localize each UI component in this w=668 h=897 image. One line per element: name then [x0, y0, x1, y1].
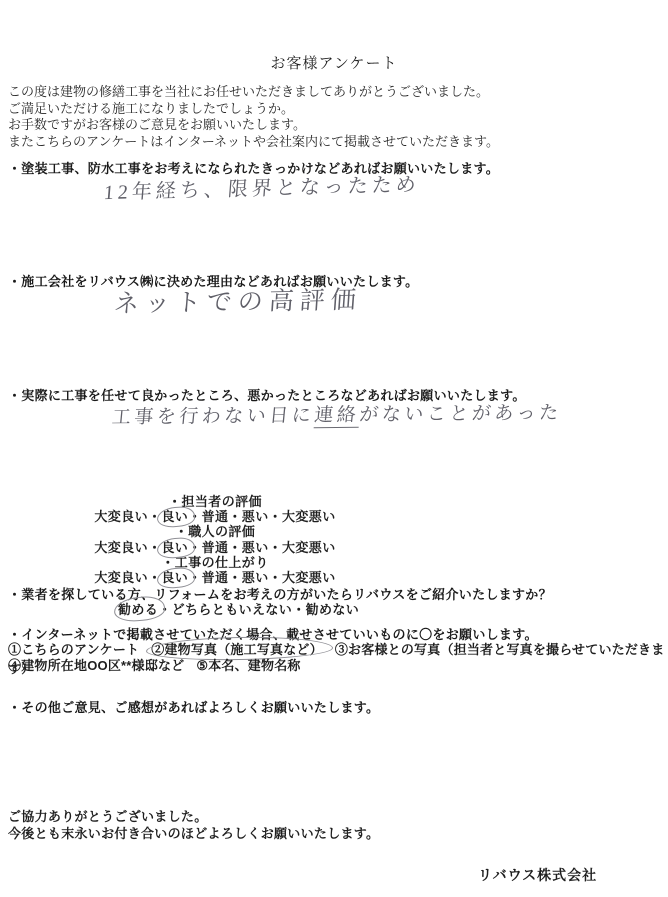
- closing-line-1: ご協力ありがとうございました。: [8, 809, 379, 826]
- answer-goodbad-part2: がないことがあった: [358, 403, 562, 426]
- publish-items-line2: ④建物所在地OO区**様邸など⑤本名、建物名称: [8, 655, 301, 674]
- rating-circled-label: 良い: [161, 570, 188, 585]
- rating-options-text: 大変良い・: [94, 570, 161, 585]
- rating-title-manager: ・担当者の評価: [0, 494, 430, 509]
- survey-document: お客様アンケート この度は建物の修繕工事を当社にお任せいただきましてありがとうご…: [0, 0, 668, 897]
- rating-options-craftsman: 大変良い・良い・普通・悪い・大変悪い: [0, 540, 430, 555]
- ratings-block: ・担当者の評価 大変良い・良い・普通・悪い・大変悪い ・職人の評価 大変良い・良…: [0, 494, 430, 585]
- rating-title-craftsman: ・職人の評価: [0, 524, 430, 539]
- intro-line-4: またこちらのアンケートはインターネットや会社案内にて掲載させていただきます。: [8, 134, 499, 151]
- rating-options-text: ・普通・悪い・大変悪い: [188, 570, 335, 585]
- handwritten-answer-goodbad: 工事を行わない日に連絡がないことがあった: [111, 398, 563, 430]
- intro-line-3: お手数ですがお客様のご意見をお願いいたします。: [8, 117, 499, 134]
- closing-line-2: 今後とも末永いお付き合いのほどよろしくお願いいたします。: [8, 826, 379, 843]
- rating-options-text: ・普通・悪い・大変悪い: [188, 540, 335, 555]
- publish-item-5: ⑤本名、建物名称: [196, 658, 300, 673]
- intro-text: この度は建物の修繕工事を当社にお任せいただきましてありがとうございました。 ご満…: [8, 84, 499, 150]
- circled-choice-recommend: 勧める: [118, 599, 158, 618]
- page-title: お客様アンケート: [0, 52, 668, 73]
- rating-options-text: ・普通・悪い・大変悪い: [188, 509, 335, 524]
- answer-goodbad-part1: 工事を行わない日に: [111, 405, 315, 428]
- company-name: リバウス株式会社: [478, 865, 597, 885]
- rating-options-text: 大変良い・: [94, 509, 161, 524]
- rating-options-text: 大変良い・: [94, 540, 161, 555]
- rating-circled-label: 良い: [161, 509, 188, 524]
- circled-choice-manager: 良い: [161, 509, 188, 524]
- closing-text: ご協力ありがとうございました。 今後とも末永いお付き合いのほどよろしくお願いいた…: [8, 809, 379, 842]
- rating-title-finish: ・工事の仕上がり: [0, 555, 430, 570]
- handwritten-answer-reason: ネットでの高評価: [113, 280, 363, 320]
- circled-choice-finish: 良い: [161, 570, 188, 585]
- intro-line-1: この度は建物の修繕工事を当社にお任せいただきましてありがとうございました。: [8, 84, 499, 101]
- rating-options-finish: 大変良い・良い・普通・悪い・大変悪い: [0, 570, 430, 585]
- answer-goodbad-underlined: 連絡: [313, 405, 360, 428]
- publish-item-4: ④建物所在地OO区**様邸など: [8, 658, 184, 673]
- recommend-options-text: ・どちらともいえない・勧めない: [158, 602, 359, 617]
- recommend-circled-label: 勧める: [118, 602, 158, 617]
- intro-line-2: ご満足いただける施工になりましたでしょうか。: [8, 101, 499, 118]
- rating-circled-label: 良い: [161, 540, 188, 555]
- circled-choice-craftsman: 良い: [161, 540, 188, 555]
- question-other-label: ・その他ご意見、ご感想があればよろしくお願いいたします。: [8, 697, 379, 716]
- recommend-options: 勧める・どちらともいえない・勧めない: [118, 599, 359, 618]
- rating-options-manager: 大変良い・良い・普通・悪い・大変悪い: [0, 509, 430, 524]
